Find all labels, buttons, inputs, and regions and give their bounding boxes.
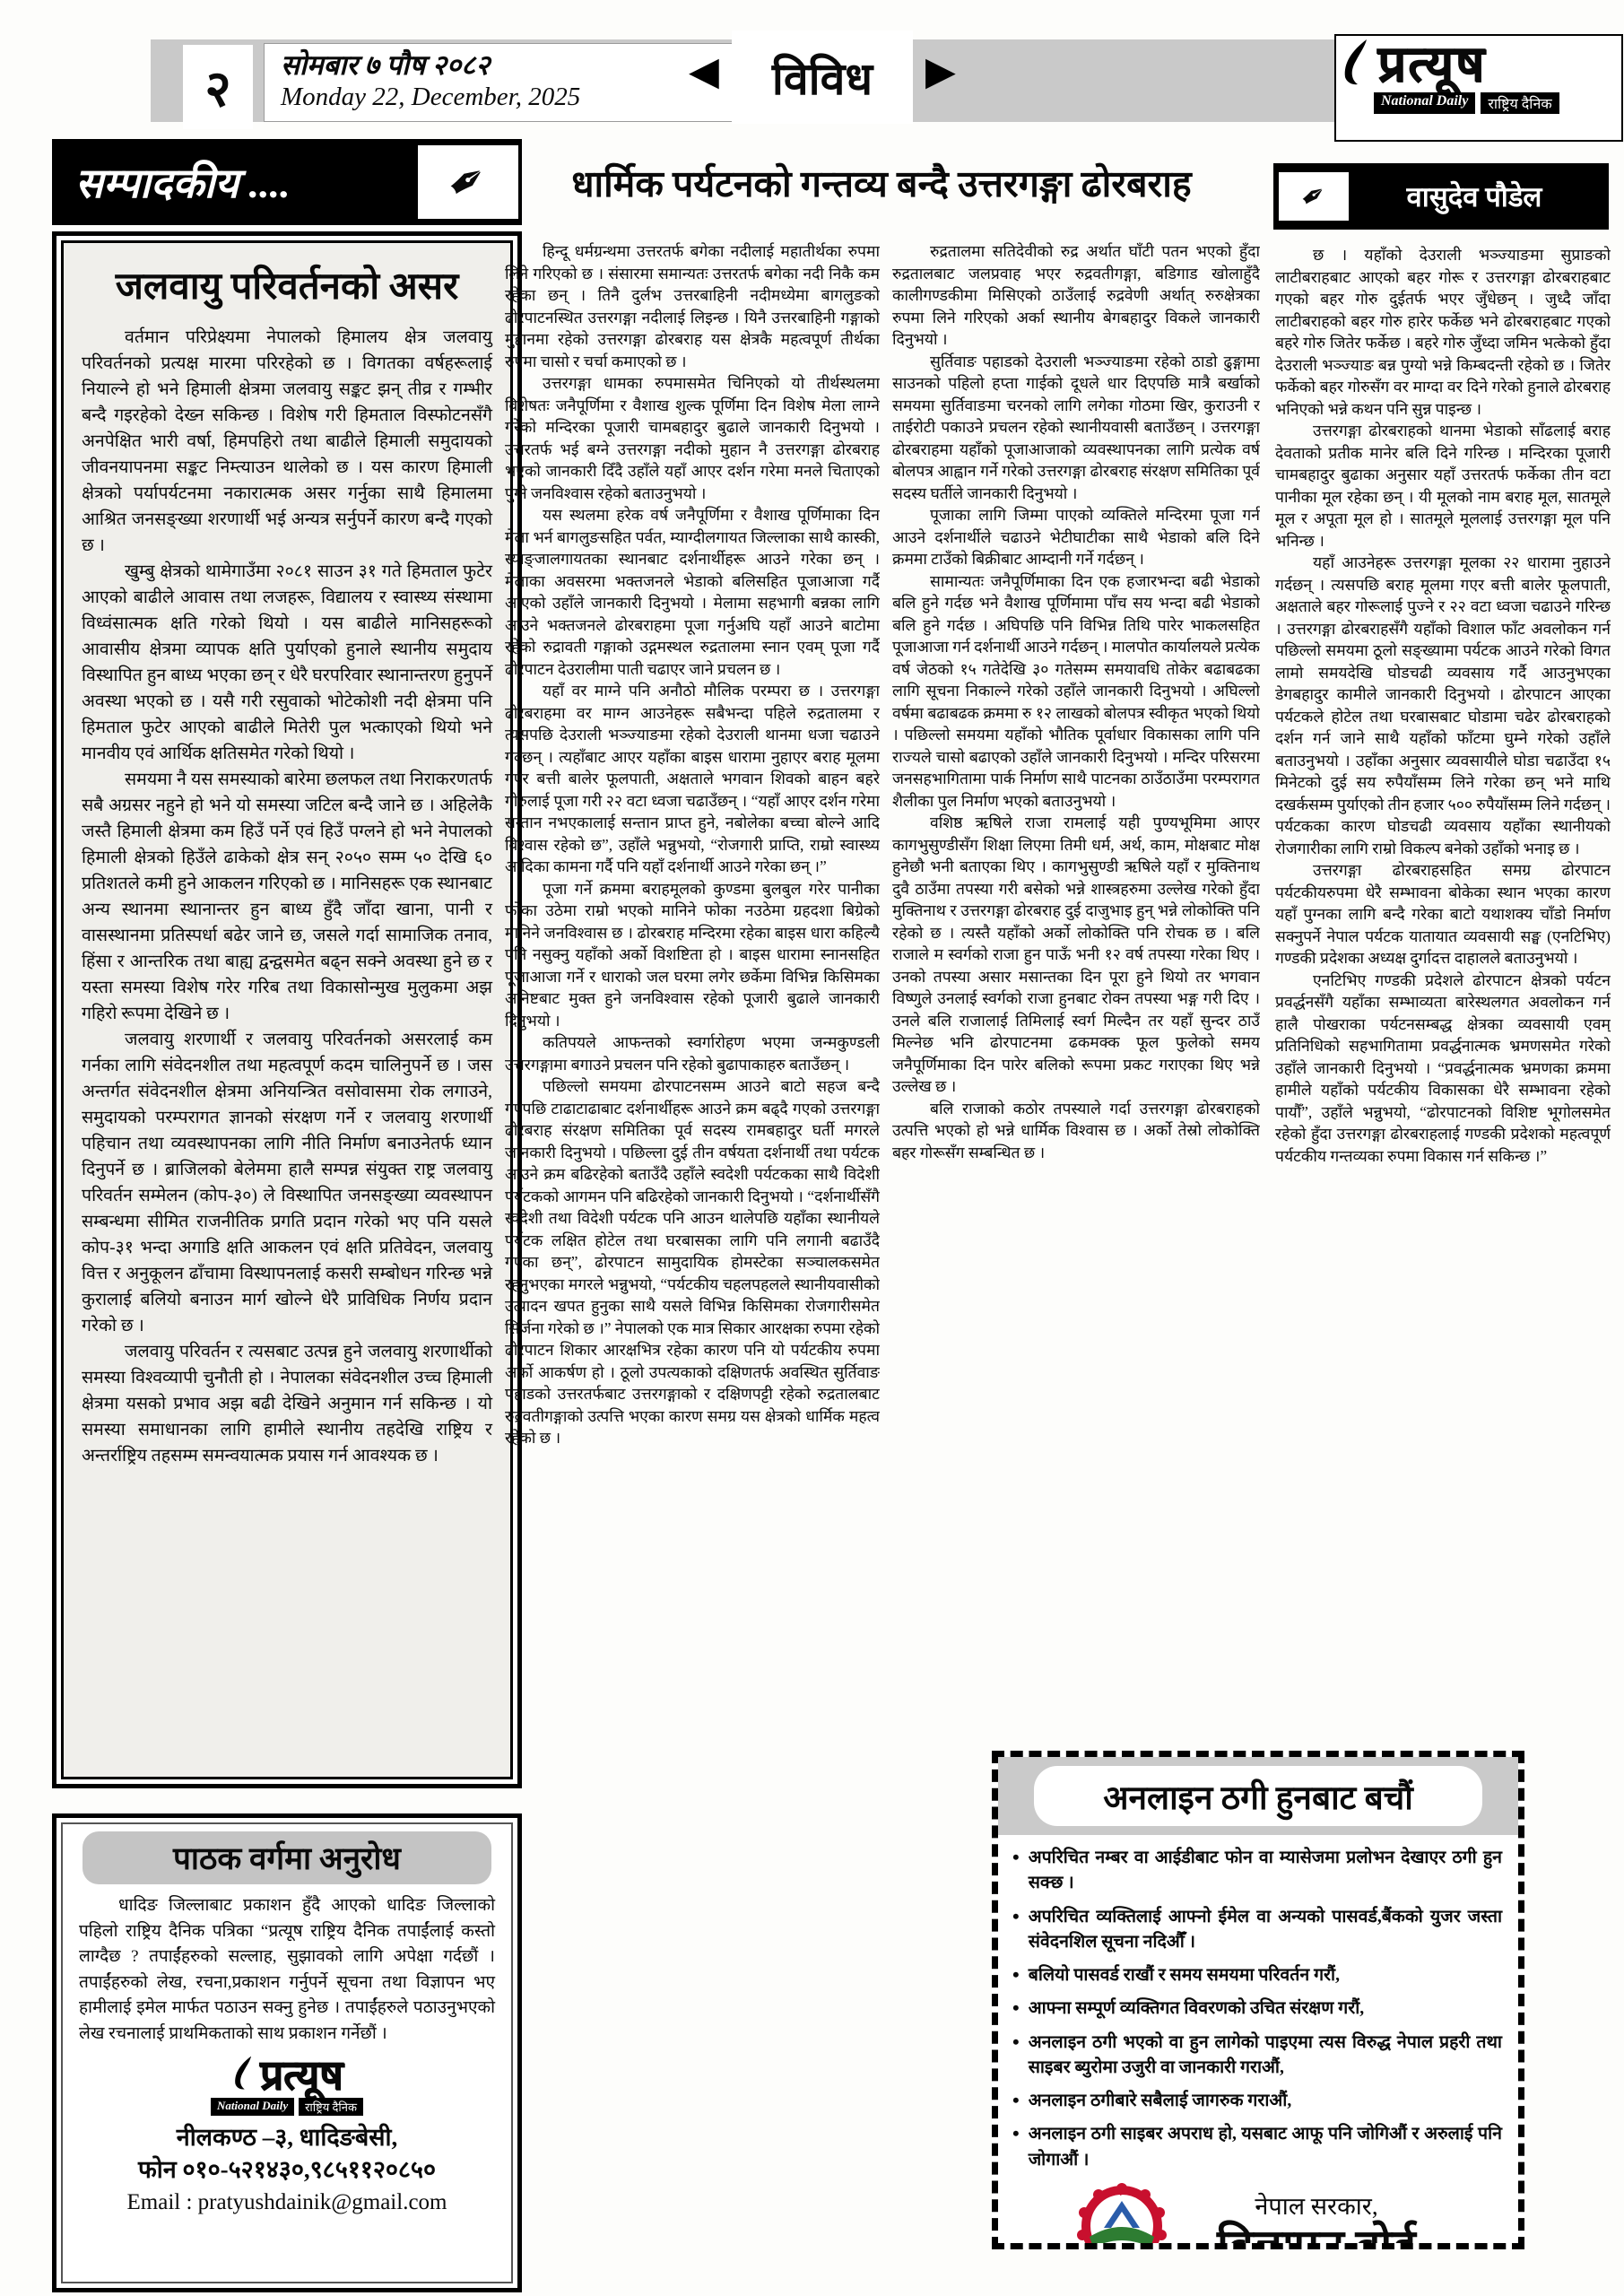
masthead-tagline-nepali: राष्ट्रिय दैनिक bbox=[1481, 92, 1559, 114]
readers-request-inner: पाठक वर्गमा अनुरोध धादिङ जिल्लाबाट प्रका… bbox=[61, 1822, 513, 2283]
fraud-title-bar: अनलाइन ठगी हुनबाट बचौं bbox=[998, 1757, 1518, 1835]
masthead-tagline-english: National Daily bbox=[1374, 92, 1475, 114]
fraud-bullet-text: अपरिचित व्यक्तिलाई आफ्नो ईमेल वा अन्यको … bbox=[1029, 1905, 1502, 1956]
fraud-bullet-text: बलियो पासवर्ड राखौं र समय समयमा परिवर्तन… bbox=[1029, 1963, 1340, 1988]
byline-author: वासुदेव पौडेल bbox=[1349, 178, 1609, 215]
article-paragraph: उत्तरगङ्गा ढोरबराहसहित समग्र ढोरपाटन पर्… bbox=[1275, 859, 1611, 970]
bullet-icon: • bbox=[1012, 1963, 1020, 1988]
fraud-bullet: •अपरिचित नम्बर वा आईडीबाट फोन वा म्यासेज… bbox=[1012, 1846, 1502, 1897]
flame-quill-icon bbox=[1340, 38, 1374, 91]
article-paragraph: सामान्यतः जनैपूर्णिमाका दिन एक हजारभन्दा… bbox=[892, 570, 1260, 813]
fraud-footer: नेपाल सरकार, विज्ञापन वोर्ड bbox=[998, 2181, 1518, 2249]
editorial-paragraph: जलवायु परिवर्तन र त्यसबाट उत्पन्न हुने ज… bbox=[82, 1339, 492, 1469]
masthead-logo: प्रत्यूष National Daily राष्ट्रिय दैनिक bbox=[1334, 34, 1623, 142]
article-paragraph: उत्तरगङ्गा ढोरबराहको थानमा भेडाको साँढला… bbox=[1275, 420, 1611, 552]
fraud-bullet-text: अनलाइन ठगीबारे सबैलाई जागरुक गराऔं, bbox=[1029, 2089, 1292, 2114]
fraud-bullet-text: अनलाइन ठगी भएको वा हुन लागेको पाइएमा त्य… bbox=[1029, 2031, 1502, 2082]
bullet-icon: • bbox=[1012, 1846, 1020, 1897]
editorial-paragraph: खुम्बु क्षेत्रको थामेगाउँमा २०८१ साउन ३१… bbox=[82, 559, 492, 767]
fraud-bullet-list: •अपरिचित नम्बर वा आईडीबाट फोन वा म्यासेज… bbox=[998, 1846, 1518, 2173]
flame-quill-icon bbox=[231, 2054, 256, 2096]
article-column-2: रुद्रतालमा सतिदेवीको रुद्र अर्थात घाँटी … bbox=[892, 240, 1260, 1742]
masthead-title: प्रत्यूष bbox=[1377, 39, 1486, 90]
editorial-title: जलवायु परिवर्तनको असर bbox=[82, 259, 492, 310]
masthead-logo-top: प्रत्यूष bbox=[1336, 36, 1621, 91]
newspaper-page: २ सोमबार ७ पौष २०८२ Monday 22, December,… bbox=[0, 0, 1624, 2296]
editorial-paragraph: जलवायु शरणार्थी र जलवायु परिवर्तनको असरल… bbox=[82, 1027, 492, 1339]
online-fraud-notice-box: अनलाइन ठगी हुनबाट बचौं •अपरिचित नम्बर वा… bbox=[992, 1751, 1524, 2249]
footer-logo-top: प्रत्यूष bbox=[231, 2054, 343, 2096]
article-paragraph: हिन्दू धर्मग्रन्थमा उत्तरतर्फ बगेका नदील… bbox=[505, 240, 880, 372]
readers-request-box: पाठक वर्गमा अनुरोध धादिङ जिल्लाबाट प्रका… bbox=[52, 1813, 522, 2292]
article-paragraph: वशिष्ठ ऋषिले राजा रामलाई यही पुण्यभूमिमा… bbox=[892, 812, 1260, 1098]
article-paragraph: उत्तरगङ्गा धामका रुपमासमेत चिनिएको यो ती… bbox=[505, 372, 880, 504]
article-paragraph: छ । यहाँको देउराली भञ्ज्याङमा सुप्राङको … bbox=[1275, 244, 1611, 420]
article-column-3: छ । यहाँको देउराली भञ्ज्याङमा सुप्राङको … bbox=[1275, 244, 1611, 1744]
footer-logo-taglines: National Daily राष्ट्रिय दैनिक bbox=[211, 2098, 363, 2116]
fraud-title: अनलाइन ठगी हुनबाट बचौं bbox=[1034, 1766, 1482, 1826]
publisher-email[interactable]: Email : pratyushdainik@gmail.com bbox=[79, 2187, 495, 2218]
fraud-signature: नेपाल सरकार, विज्ञापन वोर्ड bbox=[1168, 2188, 1518, 2249]
footer-logo-tagline-nepali: राष्ट्रिय दैनिक bbox=[299, 2098, 363, 2116]
editorial-paragraph: समयमा नै यस समस्याको बारेमा छलफल तथा निर… bbox=[82, 767, 492, 1027]
bullet-icon: • bbox=[1012, 1905, 1020, 1956]
page-number: २ bbox=[183, 45, 253, 129]
article-paragraph: बलि राजाको कठोर तपस्याले गर्दा उत्तरगङ्ग… bbox=[892, 1098, 1260, 1164]
fraud-footer-org: नेपाल सरकार, bbox=[1255, 2188, 1377, 2222]
article-column-1: हिन्दू धर्मग्रन्थमा उत्तरतर्फ बगेका नदील… bbox=[505, 240, 880, 2291]
bullet-icon: • bbox=[1012, 1996, 1020, 2022]
article-paragraph: यहाँ वर माग्ने पनि अनौठो मौलिक परम्परा छ… bbox=[505, 680, 880, 878]
article-headline: धार्मिक पर्यटनको गन्तव्य बन्दै उत्तरगङ्ग… bbox=[502, 164, 1261, 204]
fraud-bullet-text: अनलाइन ठगी साइबर अपराध हो, यसबाट आफू पनि… bbox=[1029, 2122, 1502, 2173]
article-paragraph: यहाँ आउनेहरू उत्तरगङ्गा मूलका २२ धारामा … bbox=[1275, 552, 1611, 859]
publisher-phone: फोन ०१०-५२१४३०,९८५११२०८५० bbox=[79, 2153, 495, 2186]
readers-request-title: पाठक वर्गमा अनुरोध bbox=[83, 1831, 491, 1884]
fraud-bullet-text: आफ्ना सम्पूर्ण व्यक्तिगत विवरणको उचित सं… bbox=[1029, 1996, 1364, 2022]
bullet-icon: • bbox=[1012, 2031, 1020, 2082]
article-paragraph: कतिपयले आफन्तको स्वर्गारोहण भएमा जन्मकुण… bbox=[505, 1031, 880, 1075]
left-arrow-icon: ◀ bbox=[689, 52, 719, 91]
article-paragraph: रुद्रतालमा सतिदेवीको रुद्र अर्थात घाँटी … bbox=[892, 240, 1260, 351]
nepal-govt-emblem bbox=[1075, 2181, 1168, 2249]
right-arrow-icon: ▶ bbox=[925, 52, 956, 91]
editorial-box: जलवायु परिवर्तनको असर वर्तमान परिप्रेक्ष… bbox=[52, 231, 522, 1788]
article-paragraph: यस स्थलमा हरेक वर्ष जनैपूर्णिमा र वैशाख … bbox=[505, 504, 880, 680]
fraud-bullet: •अनलाइन ठगी भएको वा हुन लागेको पाइएमा त्… bbox=[1012, 2031, 1502, 2082]
byline-box: ✒ वासुदेव पौडेल bbox=[1273, 163, 1609, 230]
fraud-bullet: •अपरिचित व्यक्तिलाई आफ्नो ईमेल वा अन्यको… bbox=[1012, 1905, 1502, 1956]
fraud-bullet: •अनलाइन ठगी साइबर अपराध हो, यसबाट आफू पन… bbox=[1012, 2122, 1502, 2173]
article-paragraph: पूजाका लागि जिम्मा पाएको व्यक्तिले मन्दि… bbox=[892, 504, 1260, 570]
article-paragraph: सुर्तिवाङ पहाडको देउराली भञ्ज्याङमा रहेक… bbox=[892, 351, 1260, 505]
section-title: विविध bbox=[732, 30, 913, 124]
article-paragraph: पूजा गर्ने क्रममा बराहमूलको कुण्डमा बुलब… bbox=[505, 878, 880, 1032]
footer-logo-title: प्रत्यूष bbox=[260, 2055, 343, 2096]
article-paragraph: एनटिभिए गण्डकी प्रदेशले ढोरपाटन क्षेत्रक… bbox=[1275, 970, 1611, 1168]
article-paragraph: पछिल्लो समयमा ढोरपाटनसम्म आउने बाटो सहज … bbox=[505, 1075, 880, 1449]
date-box: सोमबार ७ पौष २०८२ Monday 22, December, 2… bbox=[264, 43, 802, 122]
masthead-taglines: National Daily राष्ट्रिय दैनिक bbox=[1336, 91, 1621, 117]
editorial-paragraph: वर्तमान परिप्रेक्ष्यमा नेपालको हिमालय क्… bbox=[82, 325, 492, 559]
fraud-bullet: •बलियो पासवर्ड राखौं र समय समयमा परिवर्त… bbox=[1012, 1963, 1502, 1988]
fraud-bullet-text: अपरिचित नम्बर वा आईडीबाट फोन वा म्यासेजम… bbox=[1029, 1846, 1502, 1897]
pen-icon: ✒ bbox=[1279, 172, 1349, 221]
publisher-address: नीलकण्ठ –३, धादिङबेसी, bbox=[79, 2121, 495, 2153]
fraud-footer-name: विज्ञापन वोर्ड bbox=[1217, 2222, 1416, 2249]
fraud-bullet: •अनलाइन ठगीबारे सबैलाई जागरुक गराऔं, bbox=[1012, 2089, 1502, 2114]
editorial-banner-label: सम्पादकीय .... bbox=[52, 154, 418, 210]
footer-logo: प्रत्यूष National Daily राष्ट्रिय दैनिक bbox=[211, 2054, 363, 2116]
bullet-icon: • bbox=[1012, 2089, 1020, 2114]
footer-logo-tagline-english: National Daily bbox=[211, 2098, 294, 2116]
readers-request-logo-row: प्रत्यूष National Daily राष्ट्रिय दैनिक bbox=[79, 2054, 495, 2116]
editorial-box-inner: जलवायु परिवर्तनको असर वर्तमान परिप्रेक्ष… bbox=[61, 240, 513, 1779]
fraud-bullet: •आफ्ना सम्पूर्ण व्यक्तिगत विवरणको उचित स… bbox=[1012, 1996, 1502, 2022]
editorial-banner: सम्पादकीय .... ✒ bbox=[52, 139, 522, 225]
readers-request-body: धादिङ जिल्लाबाट प्रकाशन हुँदै आएको धादिङ… bbox=[79, 1893, 495, 2047]
bullet-icon: • bbox=[1012, 2122, 1020, 2173]
